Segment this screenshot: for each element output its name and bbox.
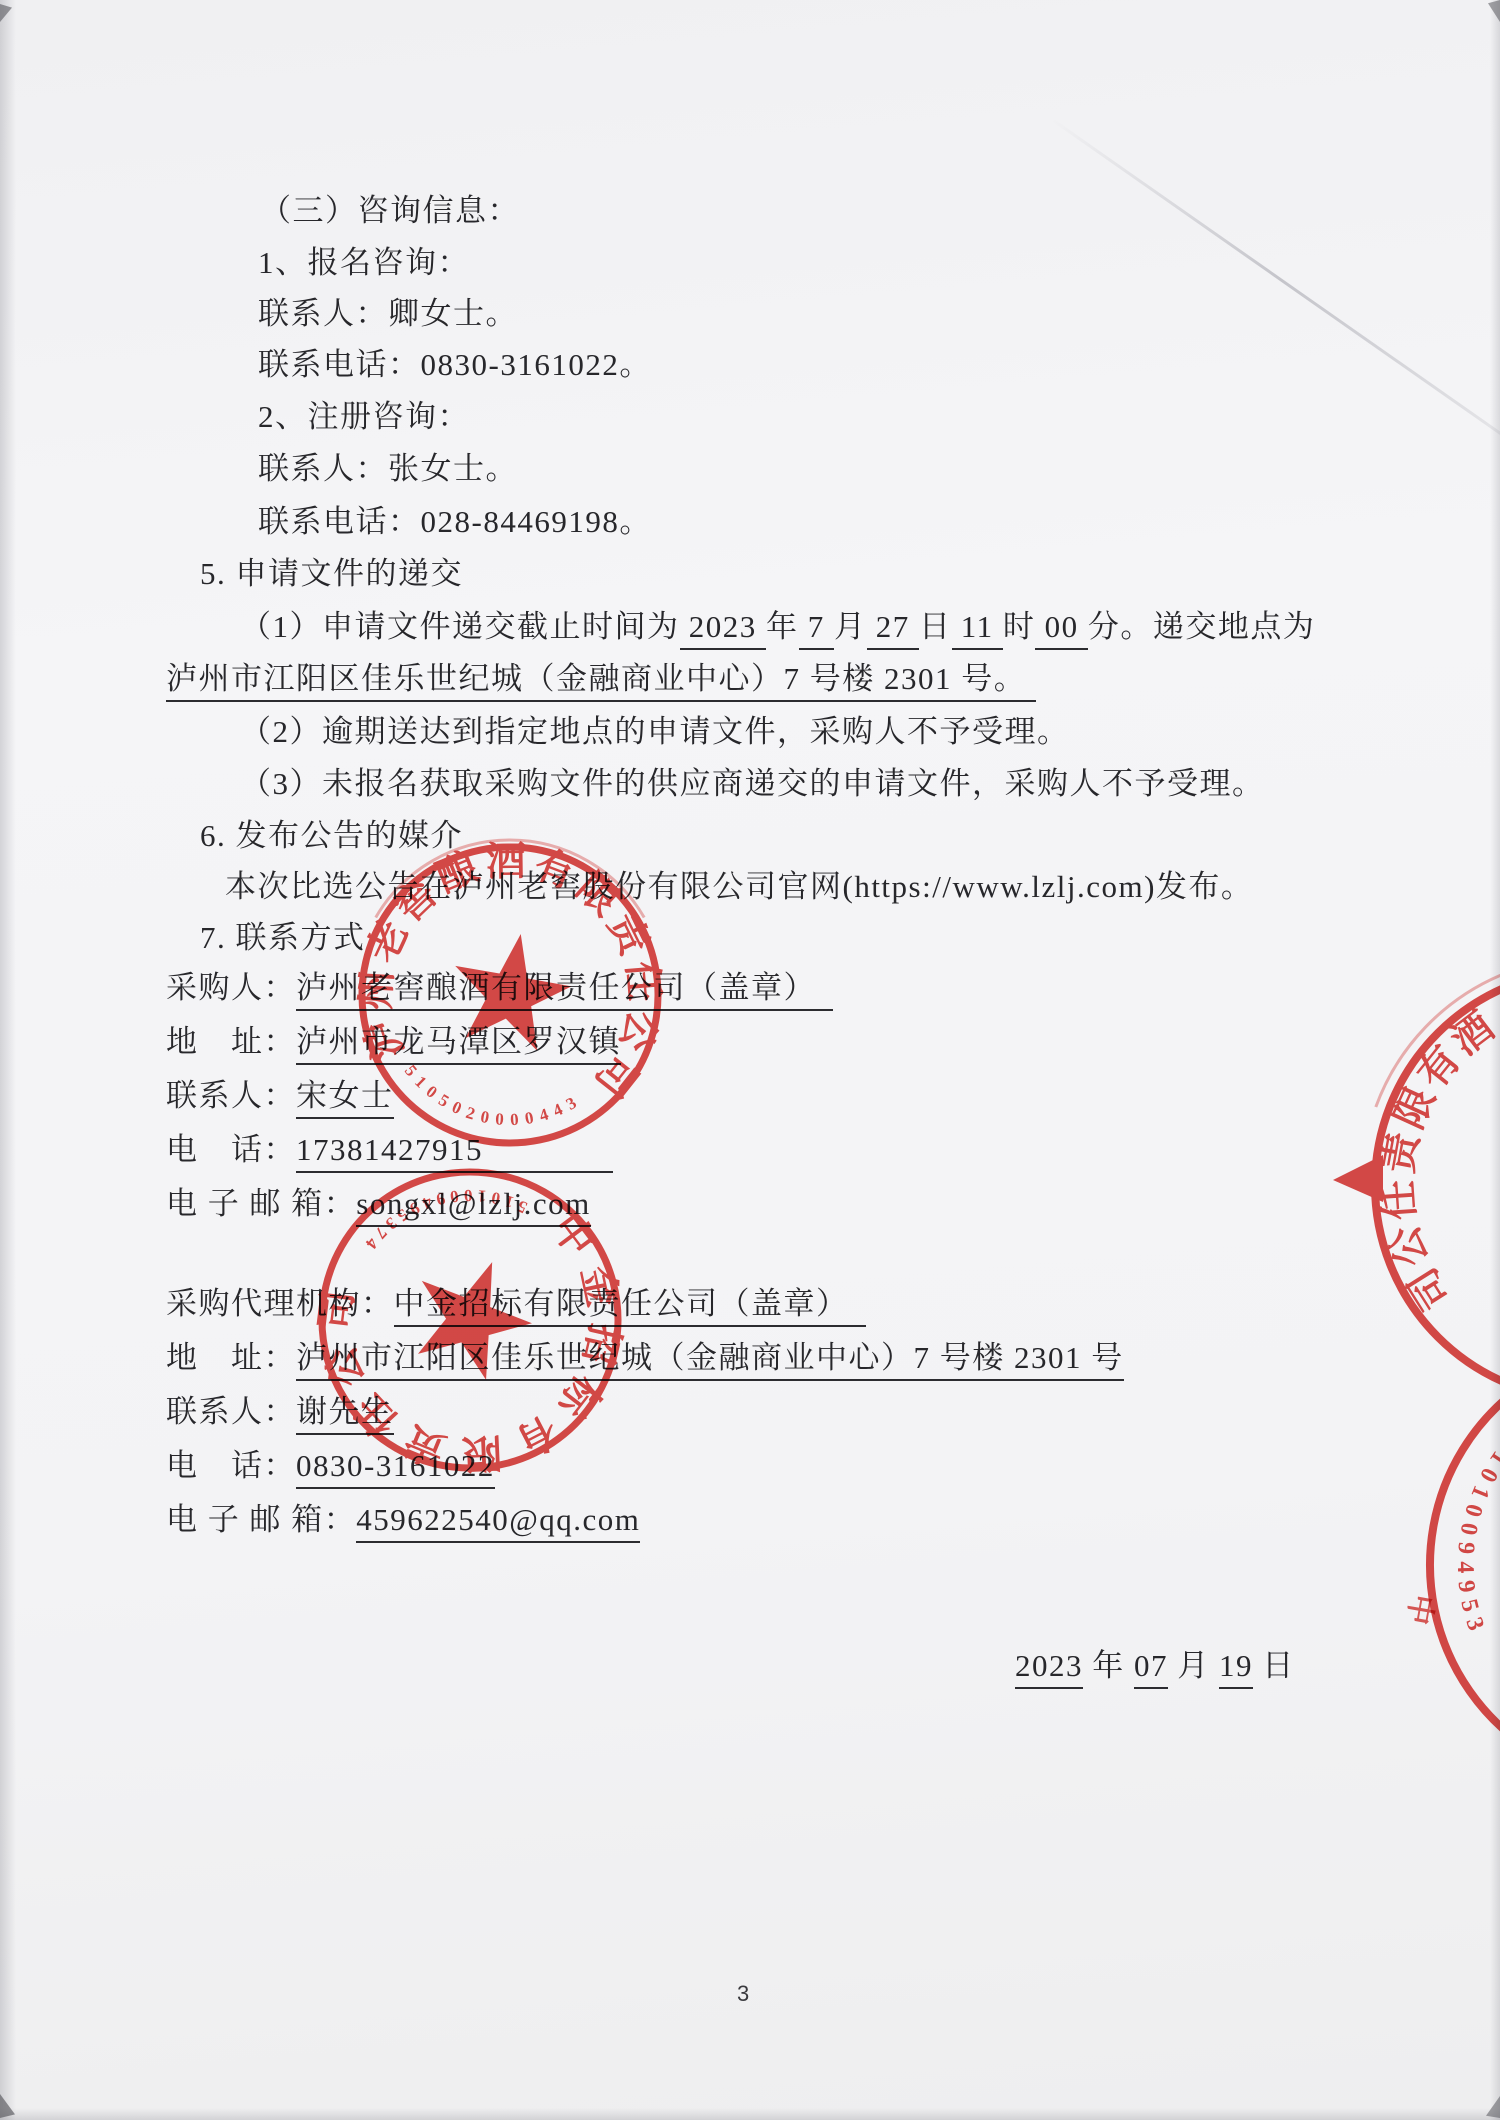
date-day-unit: 日: [1253, 1648, 1295, 1683]
minute-suffix: 分。递交地点为: [1088, 609, 1316, 644]
submission-heading: 5. 申请文件的递交: [200, 548, 463, 593]
date-month: 07: [1134, 1648, 1168, 1689]
svg-text:51010094953: 51010094953: [1436, 1425, 1500, 1646]
scan-edge-shadow: [0, 0, 16, 2120]
deadline-month: 7: [799, 609, 835, 650]
hour-unit: 时: [1003, 609, 1036, 644]
submission-address: 泸州市江阳区佳乐世纪城（金融商业中心）7 号楼 2301 号。: [166, 661, 1036, 702]
seal-star-tip-icon: [1333, 1155, 1383, 1202]
year-unit: 年: [766, 609, 799, 644]
date-day: 19: [1219, 1648, 1253, 1689]
deadline-minute: 00: [1035, 609, 1088, 650]
date-year: 2023: [1015, 1648, 1083, 1689]
deadline-day: 27: [867, 609, 920, 650]
consult-item2-phone: 联系电话：028-84469198。: [258, 496, 652, 541]
seal-star-icon: [443, 924, 579, 1055]
submission-deadline-line: （1）申请文件递交截止时间为 2023 年 7 月 27 日 11 时 00 分…: [240, 601, 1315, 646]
page-number: 3: [737, 1981, 749, 2007]
scan-edge-shadow: [0, 2108, 1500, 2120]
consult-item1-contact: 联系人：卿女士。: [258, 288, 518, 333]
deadline-prefix: （1）申请文件递交截止时间为: [240, 609, 680, 644]
field-label: 地 址：: [166, 1340, 296, 1375]
contacts-heading: 7. 联系方式: [200, 912, 366, 957]
purchaser-seal-stamp: 泸州老窖酿酒有限责任公司 5105020000443: [325, 810, 696, 1181]
field-value: 459622540@qq.com: [356, 1502, 640, 1543]
signature-date: 2023 年 07 月 19 日: [1015, 1640, 1295, 1685]
field-label: 地 址：: [166, 1024, 296, 1059]
submission-address-line: 泸州市江阳区佳乐世纪城（金融商业中心）7 号楼 2301 号。: [166, 653, 1036, 698]
date-month-unit: 月: [1168, 1648, 1219, 1683]
day-unit: 日: [919, 609, 952, 644]
submission-p3: （3）未报名获取采购文件的供应商递交的申请文件，采购人不予受理。: [240, 758, 1265, 803]
seal-serial-text: 51010094953: [1436, 1425, 1500, 1646]
field-label: 电 子 邮 箱：: [166, 1502, 356, 1537]
paper-crease: [1051, 118, 1500, 442]
field-label: 采购人：: [166, 970, 296, 1005]
month-unit: 月: [834, 609, 867, 644]
date-year-unit: 年: [1083, 1648, 1134, 1683]
deadline-year: 2023: [680, 609, 767, 650]
field-label: 电 话：: [166, 1132, 296, 1167]
svg-text:司公任责限有酒: 司公任责限有酒: [1375, 1001, 1500, 1318]
field-label: 电 话：: [166, 1448, 296, 1483]
consult-heading: （三）咨询信息：: [260, 185, 520, 230]
scanned-document-page: （三）咨询信息： 1、报名咨询： 联系人：卿女士。 联系电话：0830-3161…: [0, 0, 1500, 2120]
consult-item1-phone: 联系电话：0830-3161022。: [258, 339, 652, 384]
field-label: 联系人：: [166, 1078, 296, 1113]
seal-company-arc-text: 司公任责限有酒: [1375, 1001, 1500, 1318]
seal-star-icon: [400, 1256, 543, 1395]
submission-p2: （2）逾期送达到指定地点的申请文件，采购人不予受理。: [240, 706, 1070, 751]
consult-item1-title: 1、报名咨询：: [258, 237, 470, 282]
seal-serial-text: 5101009495374: [349, 1168, 533, 1261]
deadline-hour: 11: [952, 609, 1003, 650]
field-label: 联系人：: [166, 1394, 296, 1429]
svg-text:5101009495374: 5101009495374: [349, 1168, 533, 1261]
consult-item2-title: 2、注册咨询：: [258, 391, 470, 436]
consult-item2-contact: 联系人：张女士。: [258, 443, 518, 488]
